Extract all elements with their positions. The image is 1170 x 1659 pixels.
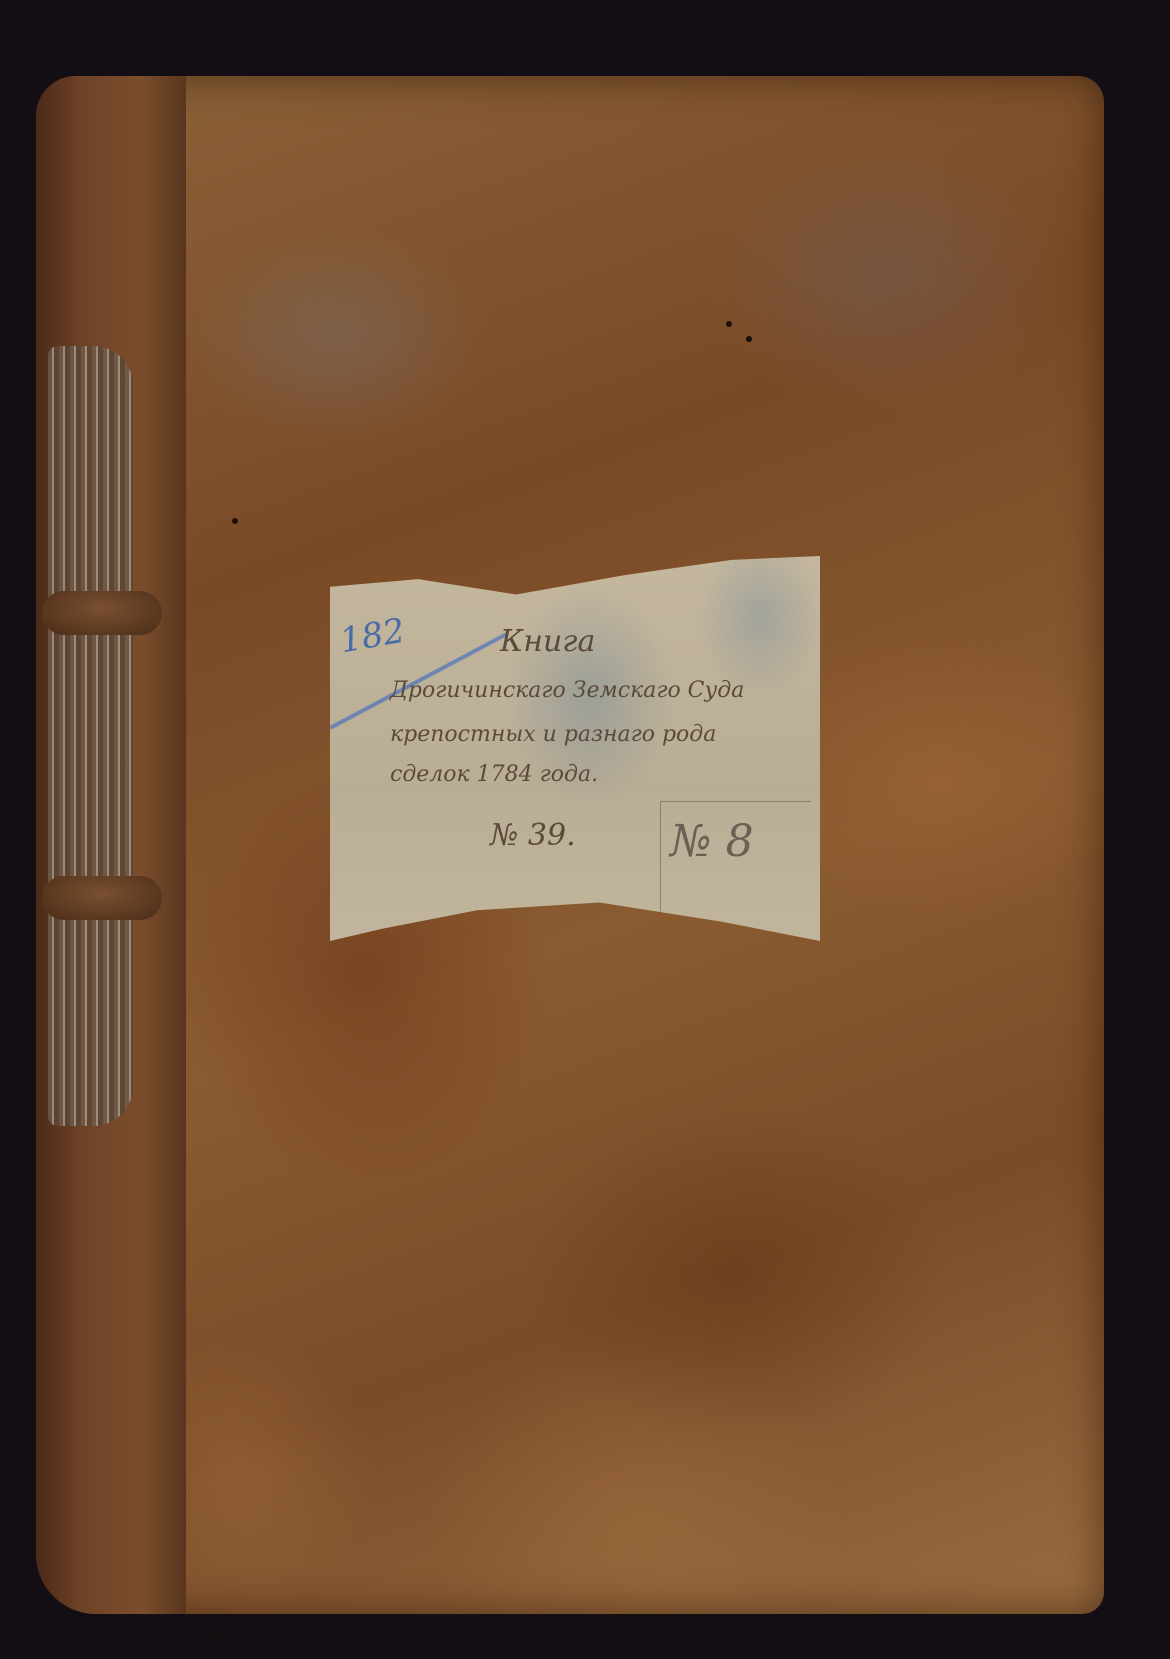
- book-cover: 182 Книга Дрогичинскаго Земскаго Суда кр…: [36, 76, 1104, 1614]
- wormhole: [746, 336, 752, 342]
- spine-band: [42, 876, 162, 920]
- label-line-3: сделок 1784 года.: [390, 762, 598, 787]
- box-number: № 8: [670, 816, 754, 867]
- spine-band: [42, 591, 162, 635]
- label-line-1: Дрогичинскаго Земскаго Суда: [390, 678, 744, 703]
- label-title: Книга: [500, 624, 595, 659]
- wormhole: [726, 321, 732, 327]
- label-line-2: крепостных и разнаго рода: [390, 722, 716, 747]
- paper-label: 182 Книга Дрогичинскаго Земскаго Суда кр…: [330, 556, 820, 941]
- label-number: № 39.: [490, 818, 576, 853]
- spine-worn-strip: [48, 346, 133, 1126]
- pencil-number: 182: [337, 611, 408, 662]
- wormhole: [206, 1636, 212, 1642]
- wormhole: [232, 518, 238, 524]
